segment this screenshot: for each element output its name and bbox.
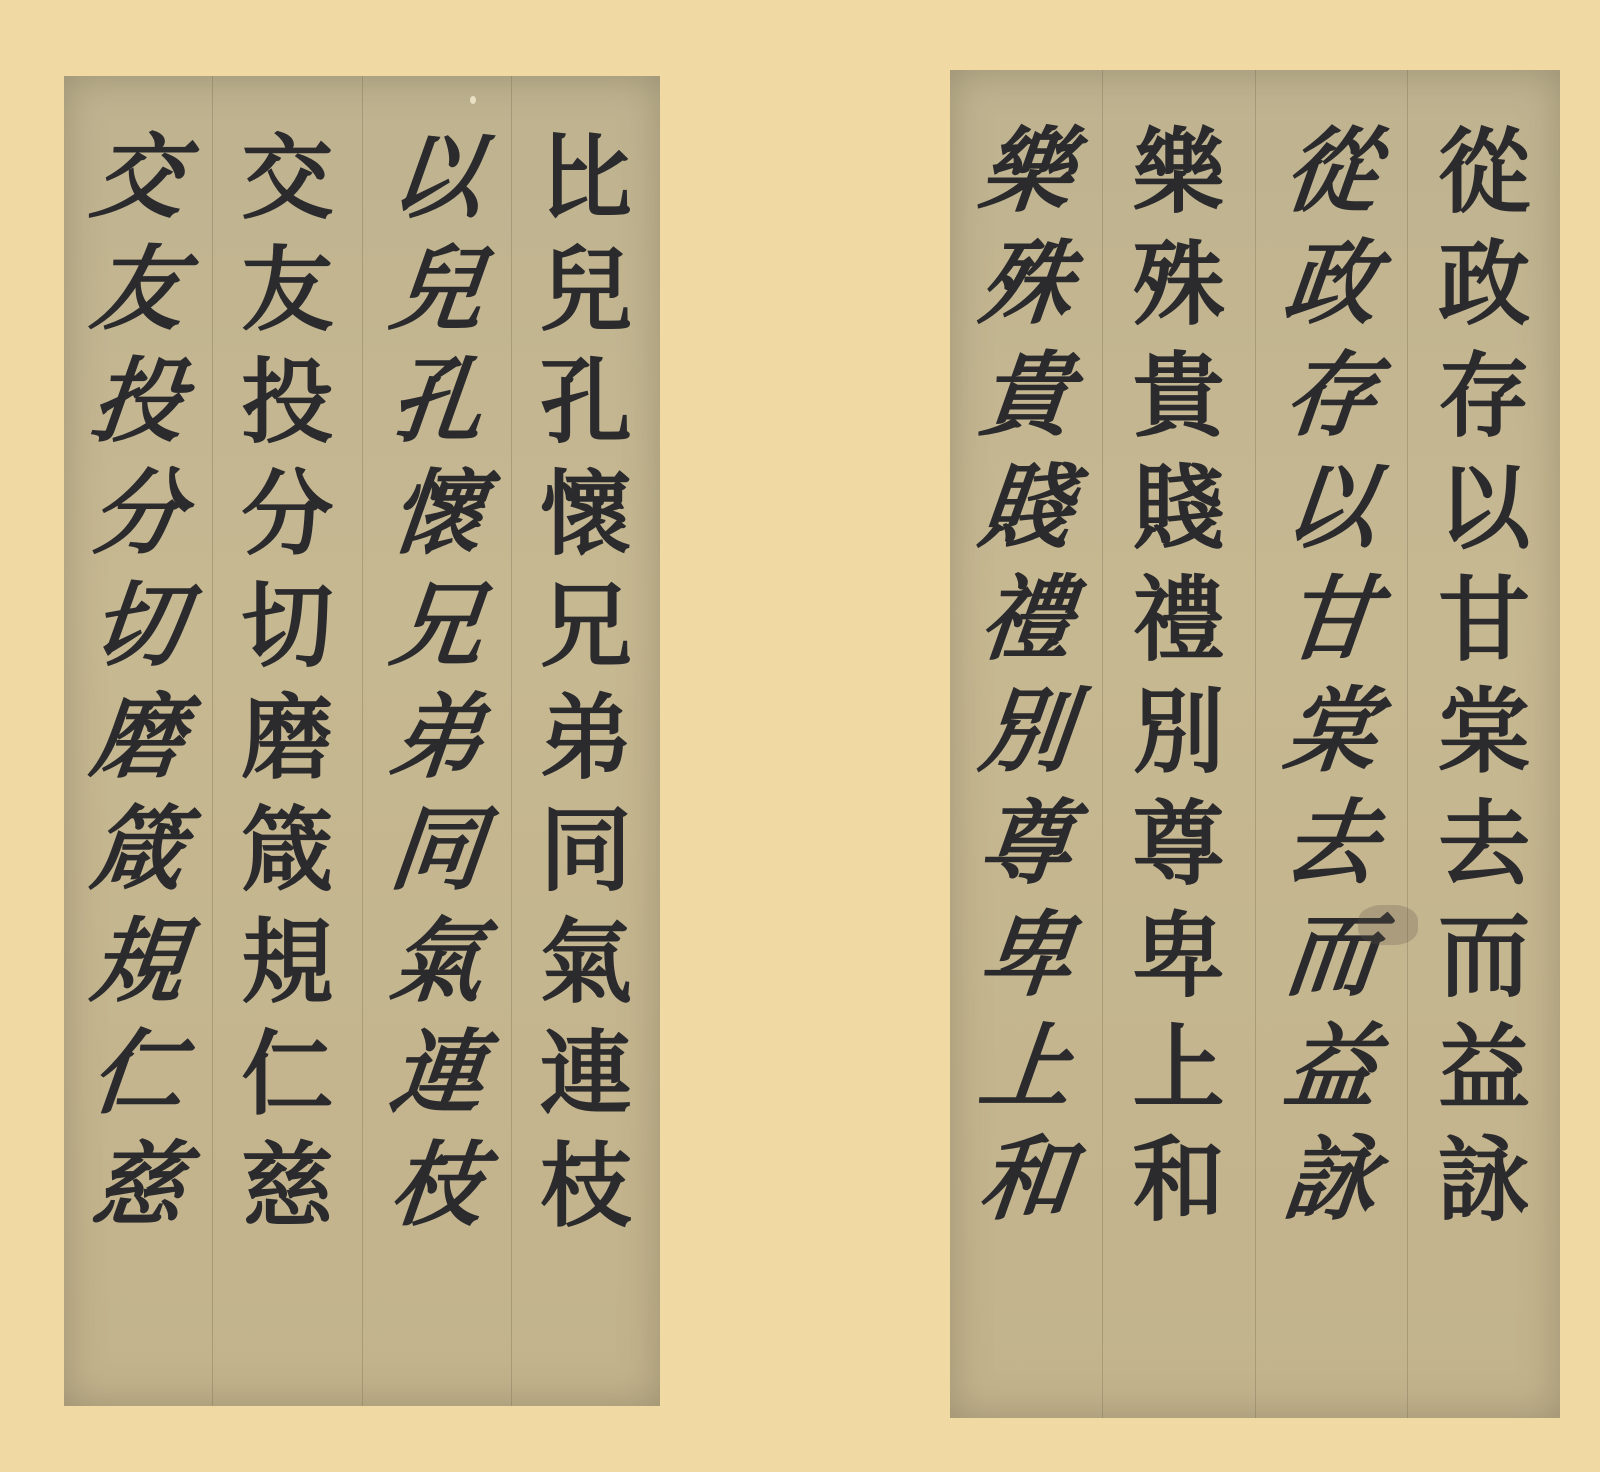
calligraphy-character: 以 (385, 122, 489, 234)
calligraphy-character: 投 (86, 346, 190, 458)
calligraphy-character: 以 (1438, 452, 1530, 564)
calligraphy-character: 賤 (974, 452, 1078, 564)
calligraphy-character: 上 (974, 1012, 1078, 1124)
right-rubbing-panel: 從政存以甘棠去而益詠從政存以甘棠去而益詠樂殊貴賤禮別尊卑上和樂殊貴賤禮別尊卑上和 (950, 70, 1560, 1418)
calligraphy-character: 存 (1279, 340, 1383, 452)
left-panel-column-3-regular: 交友投分切磨箴規仁慈 (212, 76, 361, 1406)
calligraphy-character: 交 (241, 122, 333, 234)
calligraphy-character: 仁 (241, 1018, 333, 1130)
calligraphy-character: 切 (241, 570, 333, 682)
calligraphy-character: 兒 (540, 234, 632, 346)
calligraphy-character: 去 (1438, 788, 1530, 900)
calligraphy-character: 連 (385, 1018, 489, 1130)
left-panel-column-4-cursive: 交友投分切磨箴規仁慈 (64, 76, 212, 1406)
calligraphy-character: 切 (86, 570, 190, 682)
left-rubbing-panel: 比兒孔懷兄弟同氣連枝以兒孔懷兄弟同氣連枝交友投分切磨箴規仁慈交友投分切磨箴規仁慈 (64, 76, 660, 1406)
calligraphy-character: 益 (1438, 1012, 1530, 1124)
ink-stain (1358, 905, 1418, 945)
calligraphy-character: 規 (241, 906, 333, 1018)
calligraphy-character: 同 (385, 794, 489, 906)
calligraphy-character: 投 (241, 346, 333, 458)
calligraphy-character: 磨 (241, 682, 333, 794)
calligraphy-character: 別 (974, 676, 1078, 788)
calligraphy-character: 禮 (1133, 564, 1225, 676)
calligraphy-character: 禮 (974, 564, 1078, 676)
calligraphy-character: 卑 (1133, 900, 1225, 1012)
calligraphy-character: 箴 (86, 794, 190, 906)
calligraphy-character: 上 (1133, 1012, 1225, 1124)
calligraphy-character: 兄 (540, 570, 632, 682)
calligraphy-character: 卑 (974, 900, 1078, 1012)
right-panel-column-1-regular: 從政存以甘棠去而益詠 (1407, 70, 1560, 1418)
calligraphy-character: 詠 (1438, 1124, 1530, 1236)
right-panel-column-4-cursive: 樂殊貴賤禮別尊卑上和 (950, 70, 1102, 1418)
calligraphy-character: 枝 (540, 1130, 632, 1242)
calligraphy-character: 孔 (385, 346, 489, 458)
calligraphy-character: 殊 (1133, 228, 1225, 340)
calligraphy-character: 箴 (241, 794, 333, 906)
calligraphy-character: 孔 (540, 346, 632, 458)
calligraphy-character: 慈 (241, 1130, 333, 1242)
calligraphy-character: 慈 (86, 1130, 190, 1242)
calligraphy-character: 比 (540, 122, 632, 234)
calligraphy-character: 尊 (1133, 788, 1225, 900)
calligraphy-character: 樂 (974, 116, 1078, 228)
calligraphy-character: 甘 (1279, 564, 1383, 676)
calligraphy-character: 和 (974, 1124, 1078, 1236)
calligraphy-character: 尊 (974, 788, 1078, 900)
calligraphy-character: 樂 (1133, 116, 1225, 228)
left-panel-column-1-regular: 比兒孔懷兄弟同氣連枝 (511, 76, 660, 1406)
calligraphy-character: 同 (540, 794, 632, 906)
calligraphy-character: 分 (86, 458, 190, 570)
calligraphy-character: 交 (86, 122, 190, 234)
calligraphy-character: 棠 (1279, 676, 1383, 788)
calligraphy-character: 氣 (385, 906, 489, 1018)
calligraphy-character: 政 (1438, 228, 1530, 340)
calligraphy-character: 兒 (385, 234, 489, 346)
calligraphy-character: 從 (1279, 116, 1383, 228)
calligraphy-character: 益 (1279, 1012, 1383, 1124)
calligraphy-character: 兄 (385, 570, 489, 682)
calligraphy-character: 磨 (86, 682, 190, 794)
paper-speck (470, 96, 476, 104)
calligraphy-character: 規 (86, 906, 190, 1018)
right-panel-column-2-cursive: 從政存以甘棠去而益詠 (1255, 70, 1408, 1418)
calligraphy-character: 分 (241, 458, 333, 570)
calligraphy-character: 仁 (86, 1018, 190, 1130)
calligraphy-character: 棠 (1438, 676, 1530, 788)
calligraphy-character: 連 (540, 1018, 632, 1130)
calligraphy-character: 以 (1279, 452, 1383, 564)
calligraphy-character: 友 (86, 234, 190, 346)
calligraphy-character: 別 (1133, 676, 1225, 788)
calligraphy-character: 詠 (1279, 1124, 1383, 1236)
calligraphy-character: 貴 (1133, 340, 1225, 452)
calligraphy-character: 政 (1279, 228, 1383, 340)
calligraphy-character: 從 (1438, 116, 1530, 228)
calligraphy-character: 弟 (385, 682, 489, 794)
calligraphy-character: 友 (241, 234, 333, 346)
calligraphy-character: 氣 (540, 906, 632, 1018)
calligraphy-character: 枝 (385, 1130, 489, 1242)
calligraphy-character: 去 (1279, 788, 1383, 900)
left-panel-column-2-cursive: 以兒孔懷兄弟同氣連枝 (362, 76, 511, 1406)
calligraphy-character: 賤 (1133, 452, 1225, 564)
calligraphy-character: 殊 (974, 228, 1078, 340)
calligraphy-character: 甘 (1438, 564, 1530, 676)
calligraphy-character: 貴 (974, 340, 1078, 452)
calligraphy-character: 弟 (540, 682, 632, 794)
calligraphy-character: 和 (1133, 1124, 1225, 1236)
calligraphy-character: 存 (1438, 340, 1530, 452)
calligraphy-character: 而 (1438, 900, 1530, 1012)
right-panel-column-3-regular: 樂殊貴賤禮別尊卑上和 (1102, 70, 1255, 1418)
calligraphy-character: 懷 (385, 458, 489, 570)
calligraphy-character: 懷 (540, 458, 632, 570)
